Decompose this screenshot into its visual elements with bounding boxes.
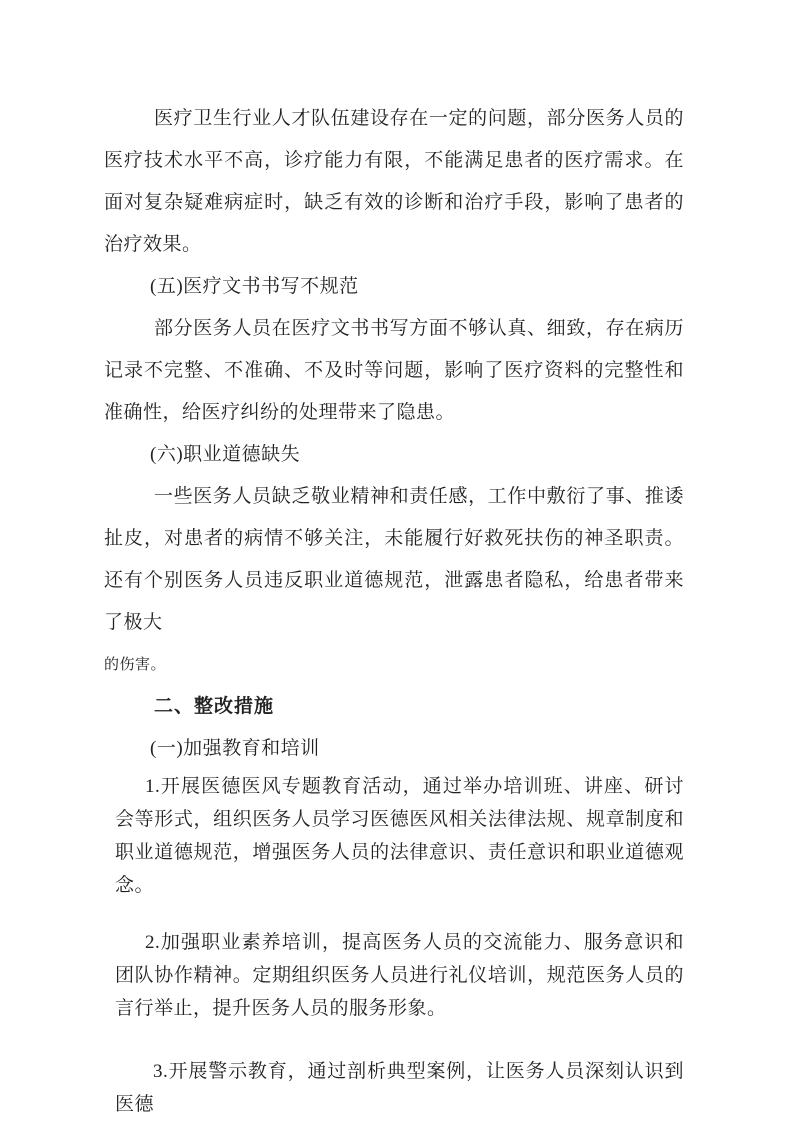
paragraph-tail-small-text: 的伤害。	[104, 644, 684, 686]
paragraph-text: (六)职业道德缺失	[150, 444, 300, 465]
section-heading: 二、整改措施	[104, 686, 684, 728]
paragraph-text: 医疗卫生行业人才队伍建设存在一定的问题，部分医务人员的医疗技术水平不高，诊疗能力…	[104, 108, 684, 255]
paragraph: 2.加强职业素养培训，提高医务人员的交流能力、服务意识和团队协作精神。定期组织医…	[104, 926, 684, 1025]
paragraph-text: (五)医疗文书书写不规范	[150, 276, 359, 297]
paragraph-text: 1.开展医德医风专题教育活动，通过举办培训班、讲座、研讨会等形式，组织医务人员学…	[115, 776, 684, 896]
paragraph-text: 一些医务人员缺乏敬业精神和责任感，工作中敷衍了事、推诿扯皮，对患者的病情不够关注…	[104, 486, 684, 633]
document-page: 医疗卫生行业人才队伍建设存在一定的问题，部分医务人员的医疗技术水平不高，诊疗能力…	[0, 0, 794, 1122]
paragraph: 一些医务人员缺乏敬业精神和责任感，工作中敷衍了事、推诿扯皮，对患者的病情不够关注…	[104, 476, 684, 686]
paragraph: 医疗卫生行业人才队伍建设存在一定的问题，部分医务人员的医疗技术水平不高，诊疗能力…	[104, 98, 684, 266]
paragraph: 1.开展医德医风专题教育活动，通过举办培训班、讲座、研讨会等形式，组织医务人员学…	[104, 770, 684, 902]
sub-heading: (五)医疗文书书写不规范	[104, 266, 684, 308]
paragraph-text: 部分医务人员在医疗文书书写方面不够认真、细致，存在病历记录不完整、不准确、不及时…	[104, 318, 684, 423]
paragraph: 部分医务人员在医疗文书书写方面不够认真、细致，存在病历记录不完整、不准确、不及时…	[104, 308, 684, 434]
sub-heading: (一)加强教育和培训	[104, 728, 684, 770]
paragraph-text: 3.开展警示教育，通过剖析典型案例，让医务人员深刻认识到医德	[115, 1061, 684, 1115]
sub-heading: (六)职业道德缺失	[104, 434, 684, 476]
section-problems: 医疗卫生行业人才队伍建设存在一定的问题，部分医务人员的医疗技术水平不高，诊疗能力…	[104, 98, 684, 770]
section-measures: 1.开展医德医风专题教育活动，通过举办培训班、讲座、研讨会等形式，组织医务人员学…	[104, 770, 684, 1121]
paragraph-text: (一)加强教育和培训	[150, 738, 320, 759]
paragraph-text: 2.加强职业素养培训，提高医务人员的交流能力、服务意识和团队协作精神。定期组织医…	[115, 932, 684, 1019]
paragraph-text: 二、整改措施	[154, 696, 274, 717]
paragraph: 3.开展警示教育，通过剖析典型案例，让医务人员深刻认识到医德	[104, 1055, 684, 1121]
